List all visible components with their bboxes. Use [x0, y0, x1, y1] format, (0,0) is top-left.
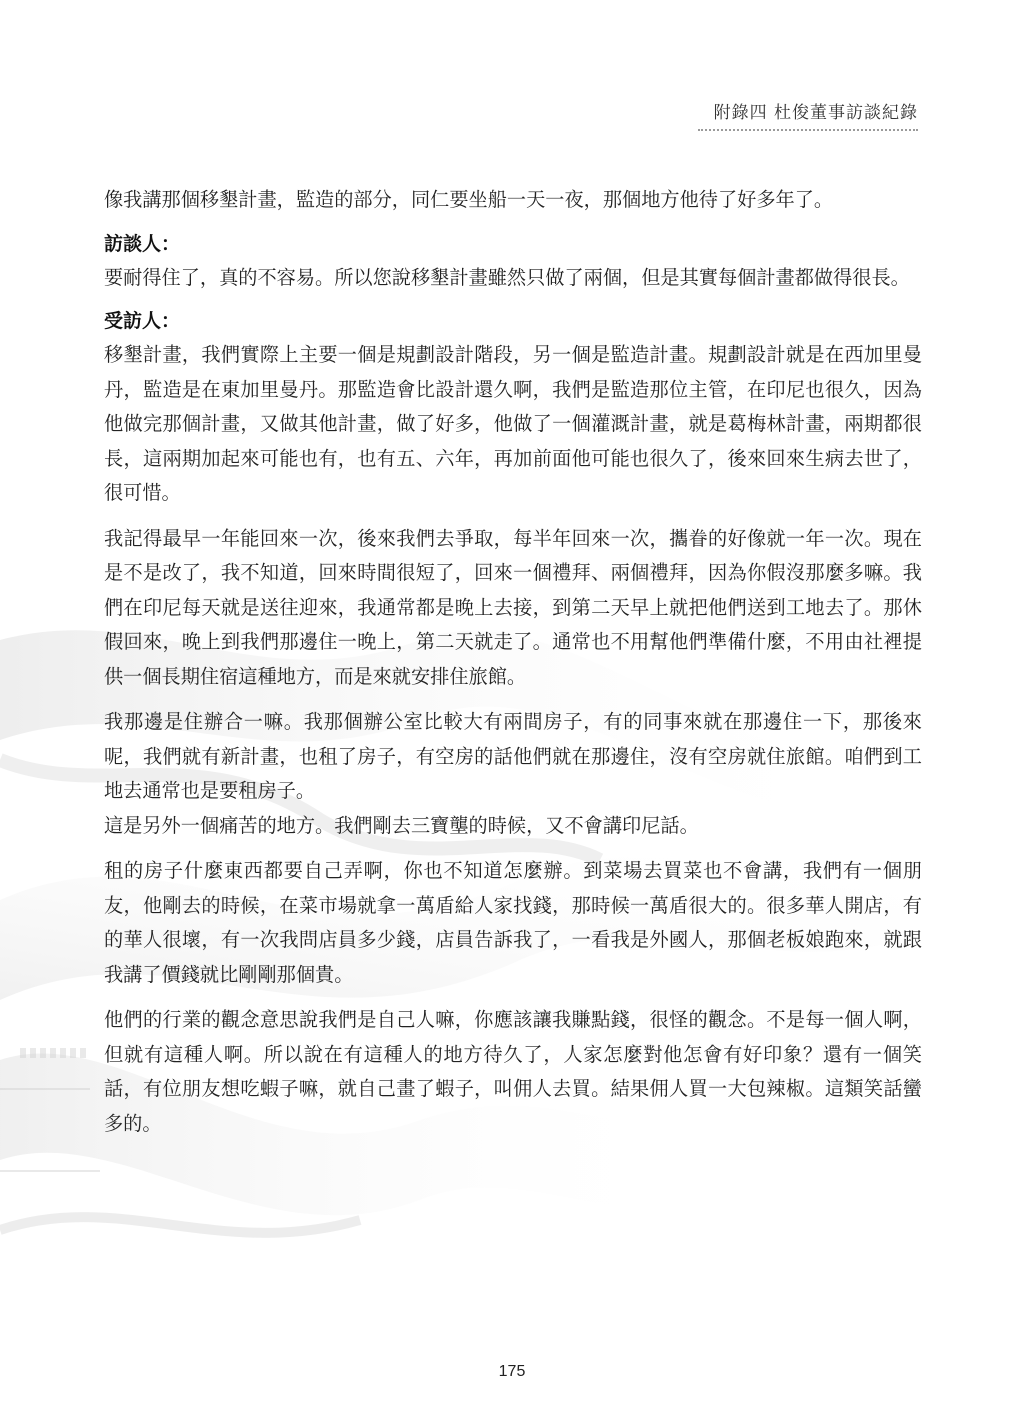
paragraph: 移墾計畫，我們實際上主要一個是規劃設計階段，另一個是監造計畫。規劃設計就是在西加… [104, 338, 922, 511]
paragraph: 要耐得住了，真的不容易。所以您說移墾計畫雖然只做了兩個，但是其實每個計畫都做得很… [104, 261, 922, 296]
paragraph: 我記得最早一年能回來一次，後來我們去爭取，每半年回來一次，攜眷的好像就一年一次。… [104, 522, 922, 695]
speaker-label-interviewer: 訪談人： [104, 229, 922, 259]
page-number: 175 [0, 1363, 1024, 1381]
paragraph: 他們的行業的觀念意思說我們是自己人嘛，你應該讓我賺點錢，很怪的觀念。不是每一個人… [104, 1003, 922, 1141]
page-body: 像我講那個移墾計畫，監造的部分，同仁要坐船一天一夜，那個地方他待了好多年了。 訪… [104, 183, 922, 1152]
running-header: 附錄四 杜俊董事訪談紀錄 [698, 98, 918, 131]
header-dotted-rule [698, 129, 918, 131]
running-header-title: 附錄四 杜俊董事訪談紀錄 [698, 98, 918, 123]
speaker-label-interviewee: 受訪人： [104, 306, 922, 336]
paragraph: 像我講那個移墾計畫，監造的部分，同仁要坐船一天一夜，那個地方他待了好多年了。 [104, 183, 922, 218]
paragraph: 租的房子什麼東西都要自己弄啊，你也不知道怎麼辦。到菜場去買菜也不會講，我們有一個… [104, 854, 922, 992]
paragraph: 這是另外一個痛苦的地方。我們剛去三寶壟的時候，又不會講印尼話。 [104, 809, 922, 844]
paragraph: 我那邊是住辦合一嘛。我那個辦公室比較大有兩間房子，有的同事來就在那邊住一下，那後… [104, 705, 922, 809]
